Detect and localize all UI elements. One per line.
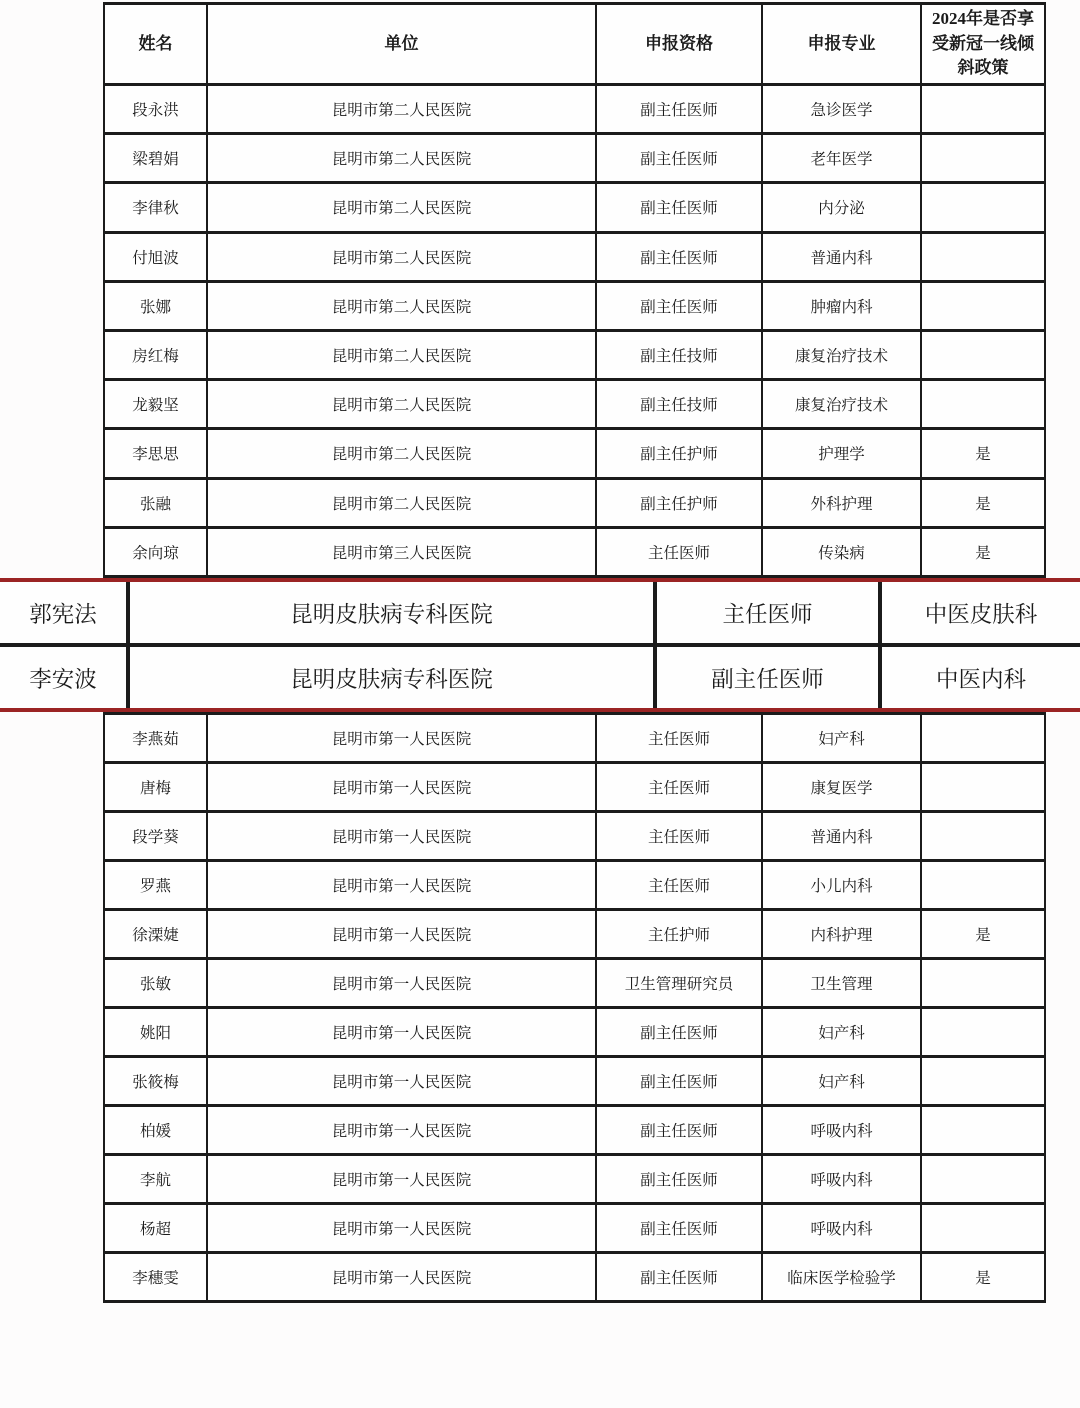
cell-unit: 昆明市第一人民医院 xyxy=(207,1008,596,1057)
table-row: 梁碧娟昆明市第二人民医院副主任医师老年医学 xyxy=(104,134,1045,183)
cell-specialty: 内分泌 xyxy=(762,183,921,232)
table-row: 李律秋昆明市第二人民医院副主任医师内分泌 xyxy=(104,183,1045,232)
cell-qualification: 副主任技师 xyxy=(596,380,762,429)
cell-covid-policy xyxy=(921,1204,1045,1253)
cell-name: 柏媛 xyxy=(104,1106,207,1155)
cell-specialty: 康复治疗技术 xyxy=(762,380,921,429)
cell-covid-policy xyxy=(921,330,1045,379)
cell-specialty: 传染病 xyxy=(762,527,921,576)
cell-covid-policy xyxy=(921,714,1045,763)
table-row: 张敏昆明市第一人民医院卫生管理研究员卫生管理 xyxy=(104,959,1045,1008)
cell-covid-policy xyxy=(921,1057,1045,1106)
cell-unit: 昆明市第一人民医院 xyxy=(207,812,596,861)
column-header-unit: 单位 xyxy=(207,4,596,85)
cell-qualification: 副主任医师 xyxy=(596,134,762,183)
cell-covid-policy xyxy=(921,1155,1045,1204)
cell-specialty: 肿瘤内科 xyxy=(762,281,921,330)
cell-covid-policy xyxy=(921,1106,1045,1155)
table-header-row: 姓名 单位 申报资格 申报专业 2024年是否享受新冠一线倾斜政策 xyxy=(104,4,1045,85)
cell-qualification: 副主任护师 xyxy=(596,429,762,478)
table-row: 李燕茹昆明市第一人民医院主任医师妇产科 xyxy=(104,714,1045,763)
cell-specialty: 妇产科 xyxy=(762,1057,921,1106)
cell-specialty: 康复治疗技术 xyxy=(762,330,921,379)
cell-specialty: 妇产科 xyxy=(762,1008,921,1057)
cell-qualification: 副主任医师 xyxy=(596,281,762,330)
cell-specialty: 急诊医学 xyxy=(762,85,921,134)
cell-unit: 昆明市第一人民医院 xyxy=(207,1106,596,1155)
cell-unit: 昆明市第一人民医院 xyxy=(207,1204,596,1253)
cell-unit: 昆明市第一人民医院 xyxy=(207,910,596,959)
cell-covid-policy xyxy=(921,1008,1045,1057)
cell-covid-policy xyxy=(921,812,1045,861)
table-row: 龙毅坚昆明市第二人民医院副主任技师康复治疗技术 xyxy=(104,380,1045,429)
cell-name: 姚阳 xyxy=(104,1008,207,1057)
cell-unit: 昆明市第一人民医院 xyxy=(207,714,596,763)
cell-specialty: 中医皮肤科 xyxy=(880,582,1080,645)
cell-unit: 昆明市第二人民医院 xyxy=(207,183,596,232)
cell-unit: 昆明市第一人民医院 xyxy=(207,959,596,1008)
cell-specialty: 护理学 xyxy=(762,429,921,478)
highlight-callout-band: 郭宪法昆明皮肤病专科医院主任医师中医皮肤科李安波昆明皮肤病专科医院副主任医师中医… xyxy=(0,578,1080,712)
cell-qualification: 主任医师 xyxy=(655,582,880,645)
table-row: 唐梅昆明市第一人民医院主任医师康复医学 xyxy=(104,763,1045,812)
cell-name: 付旭波 xyxy=(104,232,207,281)
cell-qualification: 副主任医师 xyxy=(596,232,762,281)
cell-qualification: 主任医师 xyxy=(596,812,762,861)
cell-name: 房红梅 xyxy=(104,330,207,379)
cell-qualification: 副主任医师 xyxy=(596,1204,762,1253)
cell-qualification: 副主任医师 xyxy=(596,1155,762,1204)
cell-specialty: 外科护理 xyxy=(762,478,921,527)
cell-name: 段永洪 xyxy=(104,85,207,134)
cell-specialty: 妇产科 xyxy=(762,714,921,763)
column-header-covid-policy: 2024年是否享受新冠一线倾斜政策 xyxy=(921,4,1045,85)
cell-unit: 昆明市第二人民医院 xyxy=(207,281,596,330)
cell-covid-policy xyxy=(921,959,1045,1008)
cell-unit: 昆明市第一人民医院 xyxy=(207,1155,596,1204)
cell-covid-policy: 是 xyxy=(921,1253,1045,1302)
cell-name: 唐梅 xyxy=(104,763,207,812)
cell-covid-policy xyxy=(921,281,1045,330)
cell-specialty: 呼吸内科 xyxy=(762,1106,921,1155)
cell-name: 杨超 xyxy=(104,1204,207,1253)
cell-unit: 昆明市第二人民医院 xyxy=(207,478,596,527)
table-row: 李穗雯昆明市第一人民医院副主任医师临床医学检验学是 xyxy=(104,1253,1045,1302)
cell-covid-policy: 是 xyxy=(921,910,1045,959)
cell-unit: 昆明市第二人民医院 xyxy=(207,134,596,183)
cell-qualification: 副主任医师 xyxy=(596,1008,762,1057)
table-row: 郭宪法昆明皮肤病专科医院主任医师中医皮肤科 xyxy=(0,582,1080,645)
cell-name: 李航 xyxy=(104,1155,207,1204)
cell-unit: 昆明市第二人民医院 xyxy=(207,380,596,429)
cell-covid-policy: 是 xyxy=(921,527,1045,576)
cell-unit: 昆明市第一人民医院 xyxy=(207,1057,596,1106)
table-row: 房红梅昆明市第二人民医院副主任技师康复治疗技术 xyxy=(104,330,1045,379)
table-row: 李思思昆明市第二人民医院副主任护师护理学是 xyxy=(104,429,1045,478)
cell-specialty: 卫生管理 xyxy=(762,959,921,1008)
cell-name: 梁碧娟 xyxy=(104,134,207,183)
cell-unit: 昆明市第三人民医院 xyxy=(207,527,596,576)
cell-name: 徐溧婕 xyxy=(104,910,207,959)
cell-unit: 昆明市第一人民医院 xyxy=(207,763,596,812)
cell-qualification: 副主任医师 xyxy=(655,645,880,708)
cell-specialty: 临床医学检验学 xyxy=(762,1253,921,1302)
applicants-table-upper: 姓名 单位 申报资格 申报专业 2024年是否享受新冠一线倾斜政策 段永洪昆明市… xyxy=(103,2,1046,578)
table-row: 杨超昆明市第一人民医院副主任医师呼吸内科 xyxy=(104,1204,1045,1253)
cell-specialty: 普通内科 xyxy=(762,812,921,861)
cell-name: 李穗雯 xyxy=(104,1253,207,1302)
cell-qualification: 主任医师 xyxy=(596,527,762,576)
cell-unit: 昆明市第二人民医院 xyxy=(207,232,596,281)
cell-qualification: 主任医师 xyxy=(596,763,762,812)
cell-qualification: 副主任医师 xyxy=(596,1057,762,1106)
cell-unit: 昆明市第二人民医院 xyxy=(207,429,596,478)
table-row: 徐溧婕昆明市第一人民医院主任护师内科护理是 xyxy=(104,910,1045,959)
cell-covid-policy: 是 xyxy=(921,478,1045,527)
cell-name: 龙毅坚 xyxy=(104,380,207,429)
table-row: 张融昆明市第二人民医院副主任护师外科护理是 xyxy=(104,478,1045,527)
cell-qualification: 卫生管理研究员 xyxy=(596,959,762,1008)
cell-name: 李律秋 xyxy=(104,183,207,232)
cell-covid-policy xyxy=(921,232,1045,281)
cell-specialty: 康复医学 xyxy=(762,763,921,812)
cell-covid-policy xyxy=(921,763,1045,812)
table-row: 余向琼昆明市第三人民医院主任医师传染病是 xyxy=(104,527,1045,576)
column-header-qualification: 申报资格 xyxy=(596,4,762,85)
column-header-name: 姓名 xyxy=(104,4,207,85)
cell-qualification: 副主任医师 xyxy=(596,1106,762,1155)
cell-qualification: 副主任技师 xyxy=(596,330,762,379)
cell-name: 段学葵 xyxy=(104,812,207,861)
cell-name: 李思思 xyxy=(104,429,207,478)
cell-unit: 昆明市第一人民医院 xyxy=(207,1253,596,1302)
column-header-specialty: 申报专业 xyxy=(762,4,921,85)
cell-qualification: 副主任医师 xyxy=(596,1253,762,1302)
cell-covid-policy xyxy=(921,134,1045,183)
table-row: 张筱梅昆明市第一人民医院副主任医师妇产科 xyxy=(104,1057,1045,1106)
table-row: 李航昆明市第一人民医院副主任医师呼吸内科 xyxy=(104,1155,1045,1204)
cell-specialty: 小儿内科 xyxy=(762,861,921,910)
cell-specialty: 老年医学 xyxy=(762,134,921,183)
cell-covid-policy xyxy=(921,380,1045,429)
applicants-table-lower: 李燕茹昆明市第一人民医院主任医师妇产科唐梅昆明市第一人民医院主任医师康复医学段学… xyxy=(103,712,1046,1303)
cell-specialty: 内科护理 xyxy=(762,910,921,959)
cell-covid-policy: 是 xyxy=(921,429,1045,478)
cell-name: 郭宪法 xyxy=(0,582,128,645)
cell-covid-policy xyxy=(921,861,1045,910)
cell-unit: 昆明皮肤病专科医院 xyxy=(128,582,655,645)
table-row: 段永洪昆明市第二人民医院副主任医师急诊医学 xyxy=(104,85,1045,134)
cell-name: 余向琼 xyxy=(104,527,207,576)
cell-covid-policy xyxy=(921,85,1045,134)
cell-unit: 昆明市第二人民医院 xyxy=(207,330,596,379)
cell-name: 李燕茹 xyxy=(104,714,207,763)
cell-unit: 昆明市第一人民医院 xyxy=(207,861,596,910)
table-row: 柏媛昆明市第一人民医院副主任医师呼吸内科 xyxy=(104,1106,1045,1155)
cell-unit: 昆明市第二人民医院 xyxy=(207,85,596,134)
cell-specialty: 呼吸内科 xyxy=(762,1204,921,1253)
cell-unit: 昆明皮肤病专科医院 xyxy=(128,645,655,708)
cell-name: 张筱梅 xyxy=(104,1057,207,1106)
cell-specialty: 中医内科 xyxy=(880,645,1080,708)
cell-name: 张娜 xyxy=(104,281,207,330)
table-row: 付旭波昆明市第二人民医院副主任医师普通内科 xyxy=(104,232,1045,281)
table-row: 李安波昆明皮肤病专科医院副主任医师中医内科 xyxy=(0,645,1080,708)
cell-qualification: 主任医师 xyxy=(596,861,762,910)
cell-specialty: 呼吸内科 xyxy=(762,1155,921,1204)
table-row: 张娜昆明市第二人民医院副主任医师肿瘤内科 xyxy=(104,281,1045,330)
cell-name: 罗燕 xyxy=(104,861,207,910)
table-header: 姓名 单位 申报资格 申报专业 2024年是否享受新冠一线倾斜政策 xyxy=(104,4,1045,85)
cell-name: 李安波 xyxy=(0,645,128,708)
table-row: 罗燕昆明市第一人民医院主任医师小儿内科 xyxy=(104,861,1045,910)
table-row: 姚阳昆明市第一人民医院副主任医师妇产科 xyxy=(104,1008,1045,1057)
cell-qualification: 副主任医师 xyxy=(596,85,762,134)
cell-qualification: 主任护师 xyxy=(596,910,762,959)
cell-qualification: 副主任护师 xyxy=(596,478,762,527)
cell-qualification: 主任医师 xyxy=(596,714,762,763)
cell-covid-policy xyxy=(921,183,1045,232)
highlight-callout-table: 郭宪法昆明皮肤病专科医院主任医师中医皮肤科李安波昆明皮肤病专科医院副主任医师中医… xyxy=(0,582,1080,708)
cell-specialty: 普通内科 xyxy=(762,232,921,281)
cell-name: 张融 xyxy=(104,478,207,527)
cell-qualification: 副主任医师 xyxy=(596,183,762,232)
table-row: 段学葵昆明市第一人民医院主任医师普通内科 xyxy=(104,812,1045,861)
cell-name: 张敏 xyxy=(104,959,207,1008)
